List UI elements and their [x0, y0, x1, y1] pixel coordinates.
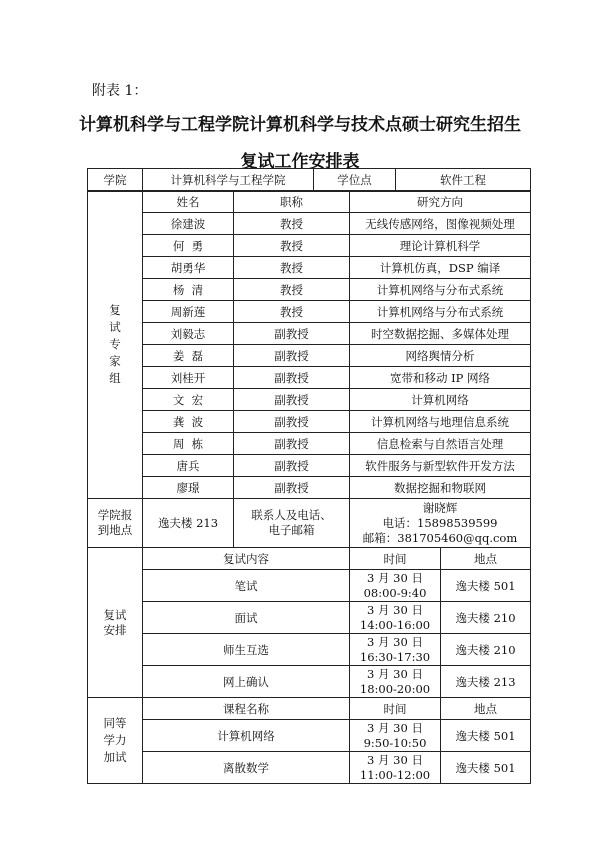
expert-research: 软件服务与新型软件开发方法	[350, 455, 531, 477]
schedule-time: 3 月 30 日16:30-17:30	[350, 634, 441, 666]
expert-group-label: 复 试 专 家 组	[88, 191, 143, 499]
schedule-label: 复试 安排	[88, 548, 143, 698]
expert-name: 廖璟	[143, 477, 234, 499]
expert-row: 姜 磊副教授网络舆情分析	[88, 345, 531, 367]
expert-row: 龚 波副教授计算机网络与地理信息系统	[88, 411, 531, 433]
expert-row: 徐建波教授无线传感网络，图像视频处理	[88, 213, 531, 235]
expert-research: 计算机网络与地理信息系统	[350, 411, 531, 433]
place-header: 地点	[441, 548, 531, 570]
expert-row: 刘桂开副教授宽带和移动 IP 网络	[88, 367, 531, 389]
expert-research: 计算机网络	[350, 389, 531, 411]
schedule-place: 逸夫楼 210	[441, 634, 531, 666]
extra-exam-row: 离散数学 3 月 30 日11:00-12:00 逸夫楼 501	[88, 752, 531, 784]
schedule-row: 网上确认 3 月 30 日18:00-20:00 逸夫楼 213	[88, 666, 531, 698]
report-location-value: 逸夫楼 213	[143, 499, 234, 548]
expert-name: 唐兵	[143, 455, 234, 477]
degree-point-value: 软件工程	[396, 169, 531, 192]
extra-exam-place: 逸夫楼 501	[441, 720, 531, 752]
time-header: 时间	[350, 548, 441, 570]
attachment-label: 附表 1：	[92, 80, 147, 100]
college-label: 学院	[88, 169, 143, 192]
schedule-content: 笔试	[143, 570, 350, 602]
research-header: 研究方向	[350, 191, 531, 213]
schedule-content: 面试	[143, 602, 350, 634]
expert-title: 教授	[234, 301, 350, 323]
expert-name: 周新莲	[143, 301, 234, 323]
place-header: 地点	[441, 698, 531, 720]
schedule-time: 3 月 30 日18:00-20:00	[350, 666, 441, 698]
expert-research: 信息检索与自然语言处理	[350, 433, 531, 455]
expert-title: 副教授	[234, 367, 350, 389]
extra-exam-label: 同等 学力 加试	[88, 698, 143, 784]
expert-title: 教授	[234, 279, 350, 301]
expert-research: 网络舆情分析	[350, 345, 531, 367]
expert-title: 教授	[234, 213, 350, 235]
college-value: 计算机科学与工程学院	[143, 169, 314, 192]
expert-title: 副教授	[234, 345, 350, 367]
contact-name: 谢晓辉	[423, 501, 458, 515]
expert-research: 时空数据挖掘、多媒体处理	[350, 323, 531, 345]
schedule-row: 笔试 3 月 30 日08:00-9:40 逸夫楼 501	[88, 570, 531, 602]
expert-title: 副教授	[234, 411, 350, 433]
contact-phone: 电话：15898539599	[383, 516, 498, 530]
expert-name: 何 勇	[143, 235, 234, 257]
extra-exam-course: 计算机网络	[143, 720, 350, 752]
expert-row: 唐兵副教授软件服务与新型软件开发方法	[88, 455, 531, 477]
expert-research: 计算机网络与分布式系统	[350, 279, 531, 301]
expert-research: 理论计算机科学	[350, 235, 531, 257]
expert-research: 宽带和移动 IP 网络	[350, 367, 531, 389]
schedule-place: 逸夫楼 210	[441, 602, 531, 634]
extra-exam-row: 计算机网络 3 月 30 日9:50-10:50 逸夫楼 501	[88, 720, 531, 752]
extra-exam-time: 3 月 30 日11:00-12:00	[350, 752, 441, 784]
expert-title: 副教授	[234, 389, 350, 411]
extra-exam-header-row: 同等 学力 加试 课程名称 时间 地点	[88, 698, 531, 720]
schedule-row: 面试 3 月 30 日14:00-16:00 逸夫楼 210	[88, 602, 531, 634]
arrangement-table: 复 试 专 家 组 姓名 职称 研究方向 徐建波教授无线传感网络，图像视频处理 …	[87, 190, 531, 784]
expert-name: 文 宏	[143, 389, 234, 411]
expert-research: 数据挖掘和物联网	[350, 477, 531, 499]
course-header: 课程名称	[143, 698, 350, 720]
expert-title: 副教授	[234, 433, 350, 455]
expert-name: 姜 磊	[143, 345, 234, 367]
report-location-row: 学院报 到地点 逸夫楼 213 联系人及电话、 电子邮箱 谢晓辉 电话：1589…	[88, 499, 531, 548]
contact-info: 谢晓辉 电话：15898539599 邮箱：381705460@qq.com	[350, 499, 531, 548]
extra-exam-place: 逸夫楼 501	[441, 752, 531, 784]
expert-row: 周新莲教授计算机网络与分布式系统	[88, 301, 531, 323]
schedule-content: 网上确认	[143, 666, 350, 698]
expert-row: 周 栋副教授信息检索与自然语言处理	[88, 433, 531, 455]
expert-name: 龚 波	[143, 411, 234, 433]
title-header: 职称	[234, 191, 350, 213]
expert-title: 副教授	[234, 477, 350, 499]
contact-label: 联系人及电话、 电子邮箱	[234, 499, 350, 548]
extra-exam-time: 3 月 30 日9:50-10:50	[350, 720, 441, 752]
document-title-line1: 计算机科学与工程学院计算机科学与技术点硕士研究生招生	[0, 110, 600, 135]
expert-title: 副教授	[234, 455, 350, 477]
expert-name: 胡勇华	[143, 257, 234, 279]
expert-name: 杨 清	[143, 279, 234, 301]
expert-name: 刘桂开	[143, 367, 234, 389]
college-info-table: 学院 计算机科学与工程学院 学位点 软件工程	[87, 168, 531, 192]
content-header: 复试内容	[143, 548, 350, 570]
schedule-place: 逸夫楼 213	[441, 666, 531, 698]
schedule-place: 逸夫楼 501	[441, 570, 531, 602]
expert-title: 教授	[234, 235, 350, 257]
degree-point-label: 学位点	[314, 169, 396, 192]
schedule-header-row: 复试 安排 复试内容 时间 地点	[88, 548, 531, 570]
schedule-time: 3 月 30 日08:00-9:40	[350, 570, 441, 602]
expert-name: 周 栋	[143, 433, 234, 455]
contact-email: 邮箱：381705460@qq.com	[363, 531, 518, 545]
name-header: 姓名	[143, 191, 234, 213]
expert-name: 徐建波	[143, 213, 234, 235]
report-location-label: 学院报 到地点	[88, 499, 143, 548]
expert-row: 文 宏副教授计算机网络	[88, 389, 531, 411]
schedule-time: 3 月 30 日14:00-16:00	[350, 602, 441, 634]
extra-exam-course: 离散数学	[143, 752, 350, 784]
expert-row: 胡勇华教授计算机仿真，DSP 编译	[88, 257, 531, 279]
expert-row: 廖璟副教授数据挖掘和物联网	[88, 477, 531, 499]
expert-research: 计算机网络与分布式系统	[350, 301, 531, 323]
time-header: 时间	[350, 698, 441, 720]
college-row: 学院 计算机科学与工程学院 学位点 软件工程	[88, 169, 531, 192]
expert-row: 刘毅志副教授时空数据挖掘、多媒体处理	[88, 323, 531, 345]
expert-research: 计算机仿真，DSP 编译	[350, 257, 531, 279]
expert-title: 副教授	[234, 323, 350, 345]
expert-name: 刘毅志	[143, 323, 234, 345]
expert-row: 杨 清教授计算机网络与分布式系统	[88, 279, 531, 301]
schedule-row: 师生互选 3 月 30 日16:30-17:30 逸夫楼 210	[88, 634, 531, 666]
expert-research: 无线传感网络，图像视频处理	[350, 213, 531, 235]
expert-header-row: 复 试 专 家 组 姓名 职称 研究方向	[88, 191, 531, 213]
expert-title: 教授	[234, 257, 350, 279]
expert-row: 何 勇教授理论计算机科学	[88, 235, 531, 257]
schedule-content: 师生互选	[143, 634, 350, 666]
